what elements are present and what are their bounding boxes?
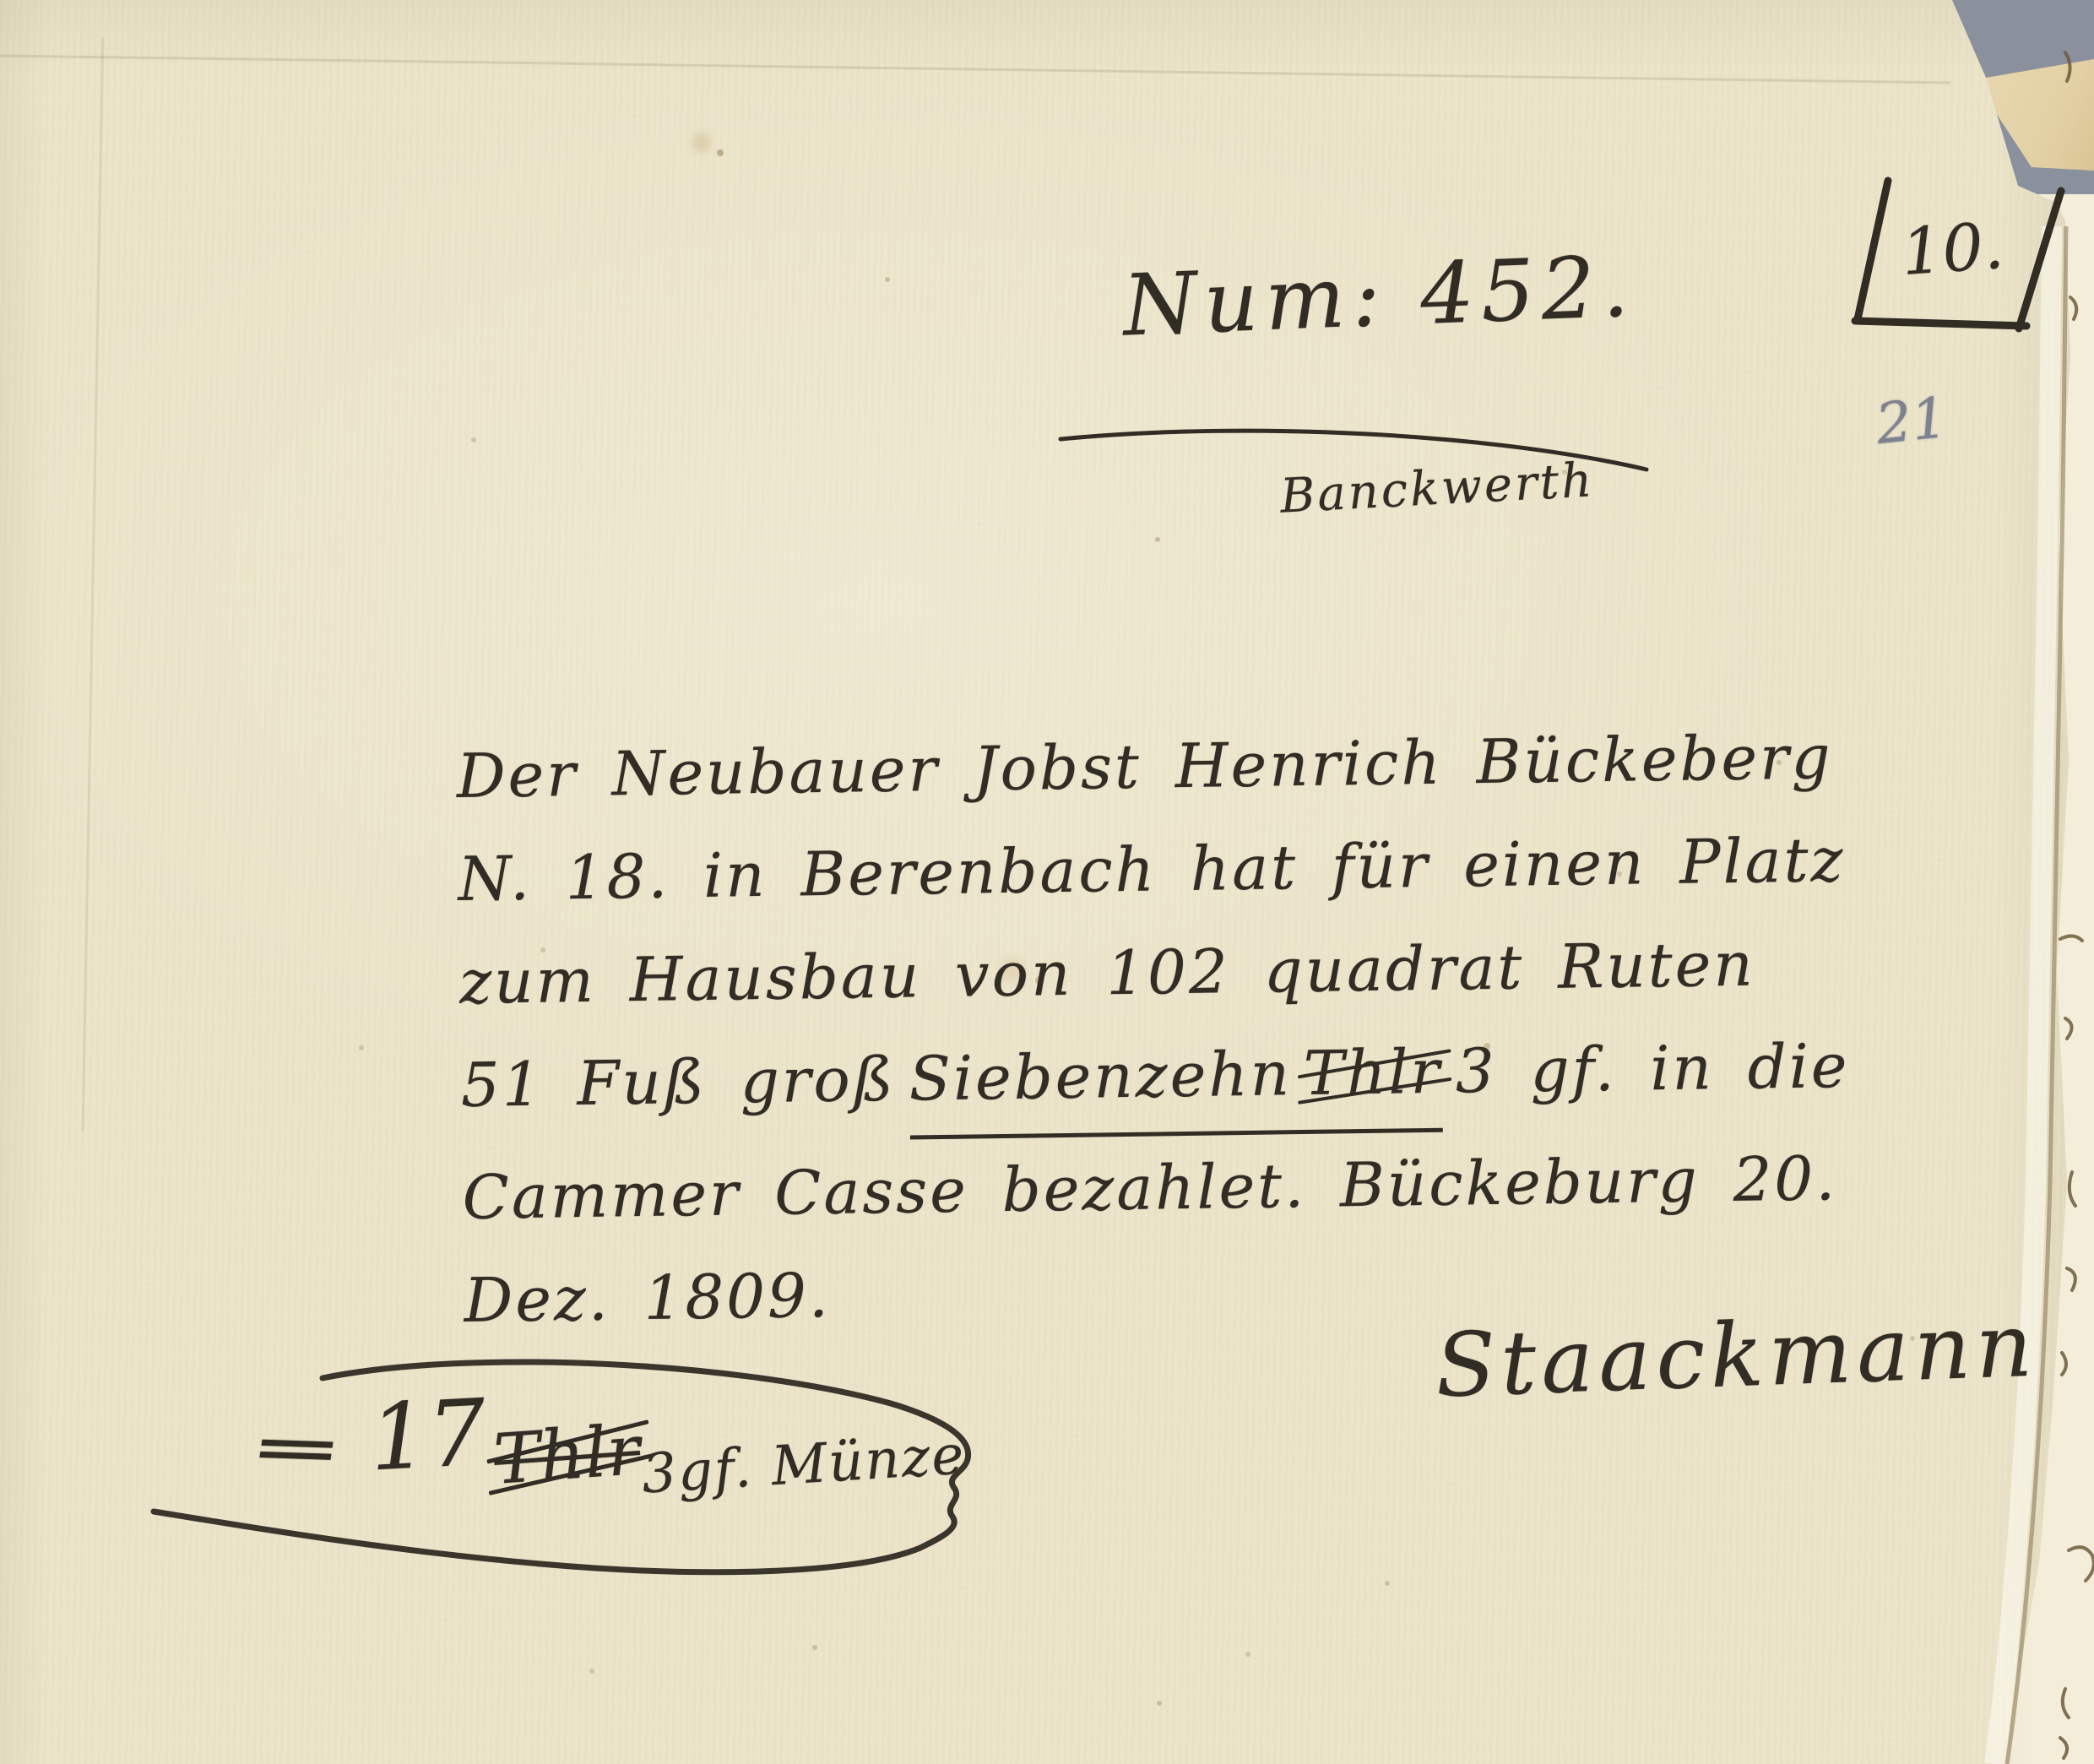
amount-phrase-prefix: 51 Fuß groß — [460, 1044, 896, 1121]
underlined-sum: SiebenzehnThlr — [909, 1020, 1443, 1140]
pencil-annotation: 21 — [1873, 385, 1950, 457]
body-line-2: N. 18. in Berenbach hat für einen Platz — [458, 808, 1847, 931]
signature: Staackmann — [1434, 1294, 2039, 1418]
struck-currency-word: Thlr — [1303, 1020, 1443, 1125]
body-line-5: Cammer Casse bezahlet. Bückeburg 20. — [462, 1126, 1852, 1249]
paper-stain-specks — [0, 0, 5, 5]
body-line-3: zum Hausbau von 102 quadrat Ruten — [458, 911, 1848, 1034]
body-line-4: 51 Fuß großSiebenzehnThlr3 gf. in die — [460, 1014, 1850, 1146]
body-line-1: Der Neubauer Jobst Henrich Bückeberg — [456, 705, 1846, 828]
sum-note-struck-word: Thlr — [491, 1410, 643, 1501]
amount-phrase-suffix: 3 gf. in die — [1455, 1030, 1850, 1107]
equals-mark: = — [245, 1415, 349, 1482]
manuscript-scan: Num: 452. Banckwerth 10. 21 Der Neubauer… — [0, 0, 2094, 1764]
sum-in-words: Siebenzehn — [909, 1038, 1292, 1114]
receipt-body: Der Neubauer Jobst Henrich Bückeberg N. … — [456, 705, 1853, 1352]
sum-note-amount: 17 — [367, 1380, 489, 1491]
folio-number: 10. — [1899, 208, 2006, 290]
document-number: Num: 452. — [1121, 236, 1637, 355]
